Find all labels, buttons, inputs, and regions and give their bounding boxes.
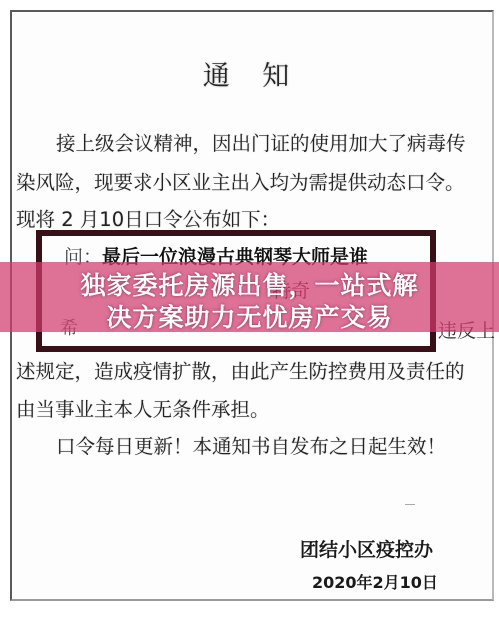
notice-title: 通 知 (12, 54, 492, 93)
paragraph1-line1: 接上级会议精神，因出门证的使用加大了病毒传 (56, 128, 466, 156)
scan-mark (405, 504, 415, 505)
paragraph1-line2: 染风险，现要求小区业主出入均为需提供动态口令。 (16, 167, 465, 195)
banner-line1: 独家委托房源出售，一站式解 (0, 266, 499, 302)
banner-line2: 决方案助力无忧房产交易 (0, 298, 499, 334)
announce-line: 现将 2 月10日口令公布如下： (16, 204, 280, 232)
closing-line: 口令每日更新！本通知书自发布之日起生效！ (56, 431, 446, 459)
notice-date: 2020年2月10日 (312, 570, 438, 593)
paragraph2-line1: 述规定，造成疫情扩散，由此产生防控费用及责任的 (16, 356, 465, 384)
signature: 团结小区疫控办 (300, 535, 433, 562)
ad-banner-overlay[interactable]: 独家委托房源出售，一站式解 决方案助力无忧房产交易 (0, 262, 499, 332)
paragraph2-line2: 由当事业主本人无条件承担。 (16, 394, 270, 422)
